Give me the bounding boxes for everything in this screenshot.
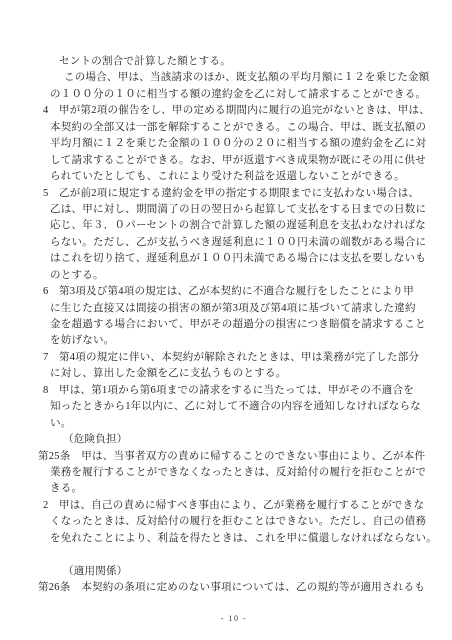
text-line: に生じた直接又は間接の損害の額が第3項及び第4項に基づいて請求した違約 bbox=[38, 301, 414, 317]
line-text: 乙が前2項に規定する違約金を甲の指定する期限までに支払わない場合は、 bbox=[59, 188, 419, 199]
text-line: い。 bbox=[38, 416, 414, 432]
text-line: の１００分の１０に相当する額の違約金を乙に対して請求することができる。 bbox=[38, 87, 414, 103]
text-line: 知ったときから1年以内に、乙に対して不適合の内容を通知しなければならな bbox=[38, 399, 414, 415]
clause-item-line: 7第4項の規定に伴い、本契約が解除されたときは、甲は業務が完了した部分 bbox=[38, 350, 414, 366]
article-heading-line: 第25条 甲は、当事者双方の責めに帰することのできない事由により、乙が本件 bbox=[38, 449, 414, 465]
text-line: 応じ、年３．０パーセントの割合で計算した額の遅延利息を支払わなければな bbox=[38, 218, 414, 234]
item-number: 2 bbox=[38, 498, 59, 514]
line-text: 甲は、自己の責めに帰すべき事由により、乙が業務を履行することができな bbox=[59, 500, 424, 511]
text-line: のとする。 bbox=[38, 268, 414, 284]
text-line: 平均月額に１２を乗じた金額の１００分の２０に相当する額の違約金を乙に対 bbox=[38, 136, 414, 152]
text-line: らない。ただし、乙が支払うべき遅延利息に１００円未満の端数がある場合に bbox=[38, 235, 414, 251]
clause-item-line: 4甲が第2項の催告をし、甲の定める期間内に履行の追完がないときは、甲は、 bbox=[38, 103, 414, 119]
text-line: きる。 bbox=[38, 481, 414, 497]
text-line: 金を超過する場合において、甲がその超過分の損害につき賠償を請求すること bbox=[38, 317, 414, 333]
line-text: 第3項及び第4項の規定は、乙が本契約に不適合な履行をしたことにより甲 bbox=[59, 286, 414, 297]
article-heading-line: 第26条 本契約の条項に定めのない事項については、乙の規約等が適用されるも bbox=[38, 580, 414, 596]
clause-item-line: 8甲は、第1項から第6項までの請求をするに当たっては、甲がその不適合を bbox=[38, 383, 414, 399]
text-line: セントの割合で計算した額とする。 bbox=[38, 54, 414, 70]
text-line: 業務を履行することができなくなったときは、反対給付の履行を拒むことがで bbox=[38, 465, 414, 481]
text-line: 本契約の全部又は一部を解除することができる。この場合、甲は、既支払額の bbox=[38, 120, 414, 136]
text-line: を免れたことにより、利益を得たときは、これを甲に償還しなければならない。 bbox=[38, 531, 414, 547]
text-line: この場合、甲は、当該請求のほか、既支払額の平均月額に１２を乗じた金額 bbox=[38, 70, 414, 86]
line-text: 甲は、第1項から第6項までの請求をするに当たっては、甲がその不適合を bbox=[59, 385, 414, 396]
text-line: して請求することができる。なお、甲が返還すべき成果物が既にその用に供せ bbox=[38, 153, 414, 169]
document-lines: セントの割合で計算した額とする。この場合、甲は、当該請求のほか、既支払額の平均月… bbox=[38, 54, 414, 596]
clause-item-line: 6第3項及び第4項の規定は、乙が本契約に不適合な履行をしたことにより甲 bbox=[38, 284, 414, 300]
item-number: 6 bbox=[38, 284, 59, 300]
text-line: はこれを切り捨て、遅延利息が１００円未満である場合には支払を要しないも bbox=[38, 251, 414, 267]
line-text: 甲が第2項の催告をし、甲の定める期間内に履行の追完がないときは、甲は、 bbox=[59, 105, 430, 116]
item-number: 8 bbox=[38, 383, 59, 399]
text-line: 乙は、甲に対し、期間満了の日の翌日から起算して支払をする日までの日数に bbox=[38, 202, 414, 218]
clause-item-line: 2甲は、自己の責めに帰すべき事由により、乙が業務を履行することができな bbox=[38, 498, 414, 514]
clause-item-line: 5乙が前2項に規定する違約金を甲の指定する期限までに支払わない場合は、 bbox=[38, 186, 414, 202]
item-number: 7 bbox=[38, 350, 59, 366]
item-number: 5 bbox=[38, 186, 59, 202]
line-text: 第4項の規定に伴い、本契約が解除されたときは、甲は業務が完了した部分 bbox=[59, 352, 419, 363]
section-caption-line: （適用関係） bbox=[38, 564, 414, 580]
blank-line bbox=[38, 547, 414, 563]
item-number: 4 bbox=[38, 103, 59, 119]
page-number: - 10 - bbox=[0, 614, 452, 623]
text-line: られていたとしても、これにより受けた利益を返還しないことができる。 bbox=[38, 169, 414, 185]
section-caption-line: （危険負担） bbox=[38, 432, 414, 448]
text-line: を妨げない。 bbox=[38, 333, 414, 349]
document-page: セントの割合で計算した額とする。この場合、甲は、当該請求のほか、既支払額の平均月… bbox=[0, 0, 452, 640]
text-line: に対し、算出した金額を乙に支払うものとする。 bbox=[38, 366, 414, 382]
text-line: くなったときは、反対給付の履行を拒むことはできない。ただし、自己の債務 bbox=[38, 514, 414, 530]
